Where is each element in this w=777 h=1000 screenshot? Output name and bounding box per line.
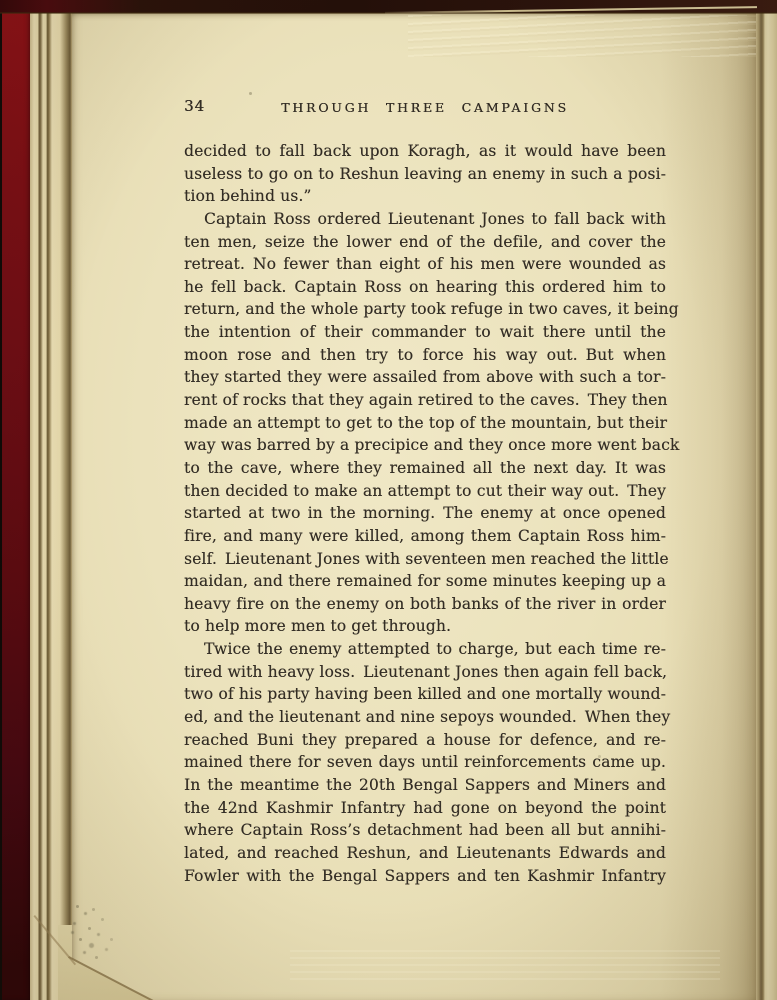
text-line: tired with heavy loss. Lieutenant Jones … xyxy=(184,661,666,684)
text-line: fire, and many were killed, among them C… xyxy=(184,525,666,548)
text-line: started at two in the morning. The enemy… xyxy=(184,502,666,525)
text-line: rent of rocks that they again retired to… xyxy=(184,389,666,412)
top-edge-streaks xyxy=(408,15,756,57)
text-line: useless to go on to Reshun leaving an en… xyxy=(184,163,666,186)
text-line: Twice the enemy attempted to charge, but… xyxy=(184,638,666,661)
text-line: retreat. No fewer than eight of his men … xyxy=(184,253,666,276)
text-line: ten men, seize the lower end of the defi… xyxy=(184,231,666,254)
text-line: tion behind us.” xyxy=(184,185,666,208)
text-line: maidan, and there remained for some minu… xyxy=(184,570,666,593)
book-cover-spine xyxy=(2,5,32,1000)
text-line: decided to fall back upon Koragh, as it … xyxy=(184,140,666,163)
text-line: the intention of their commander to wait… xyxy=(184,321,666,344)
text-line: he fell back. Captain Ross on hearing th… xyxy=(184,276,666,299)
running-title: THROUGH THREE CAMPAIGNS xyxy=(184,97,666,115)
text-line: then decided to make an attempt to cut t… xyxy=(184,480,666,503)
text-line: Fowler with the Bengal Sappers and ten K… xyxy=(184,865,666,888)
page-number: 34 xyxy=(184,97,205,115)
text-line: two of his party having been killed and … xyxy=(184,683,666,706)
text-line: way was barred by a precipice and they o… xyxy=(184,434,666,457)
text-line: heavy fire on the enemy on both banks of… xyxy=(184,593,666,616)
text-line: made an attempt to get to the top of the… xyxy=(184,412,666,435)
page-header: 34 THROUGH THREE CAMPAIGNS xyxy=(184,97,666,119)
right-page-edge xyxy=(756,0,777,1000)
text-line: the 42nd Kashmir Infantry had gone on be… xyxy=(184,797,666,820)
text-line: reached Buni they prepared a house for d… xyxy=(184,729,666,752)
text-line: self. Lieutenant Jones with seventeen me… xyxy=(184,548,666,571)
text-line: ed, and the lieutenant and nine sepoys w… xyxy=(184,706,666,729)
book-scan: 34 THROUGH THREE CAMPAIGNS decided to fa… xyxy=(0,0,777,1000)
text-line: to help more men to get through. xyxy=(184,615,666,638)
text-line: lated, and reached Reshun, and Lieutenan… xyxy=(184,842,666,865)
text-block: decided to fall back upon Koragh, as it … xyxy=(184,140,666,887)
page-edge-stack xyxy=(30,8,72,1000)
text-line: they started they were assailed from abo… xyxy=(184,366,666,389)
text-line: mained there for seven days until reinfo… xyxy=(184,751,666,774)
bottom-edge-streaks xyxy=(290,950,720,980)
text-line: to the cave, where they remained all the… xyxy=(184,457,666,480)
text-line: return, and the whole party took refuge … xyxy=(184,298,666,321)
text-line: In the meantime the 20th Bengal Sappers … xyxy=(184,774,666,797)
text-line: moon rose and then try to force his way … xyxy=(184,344,666,367)
text-line: Captain Ross ordered Lieutenant Jones to… xyxy=(184,208,666,231)
book-page: 34 THROUGH THREE CAMPAIGNS decided to fa… xyxy=(72,13,756,1000)
text-line: where Captain Ross’s detachment had been… xyxy=(184,819,666,842)
